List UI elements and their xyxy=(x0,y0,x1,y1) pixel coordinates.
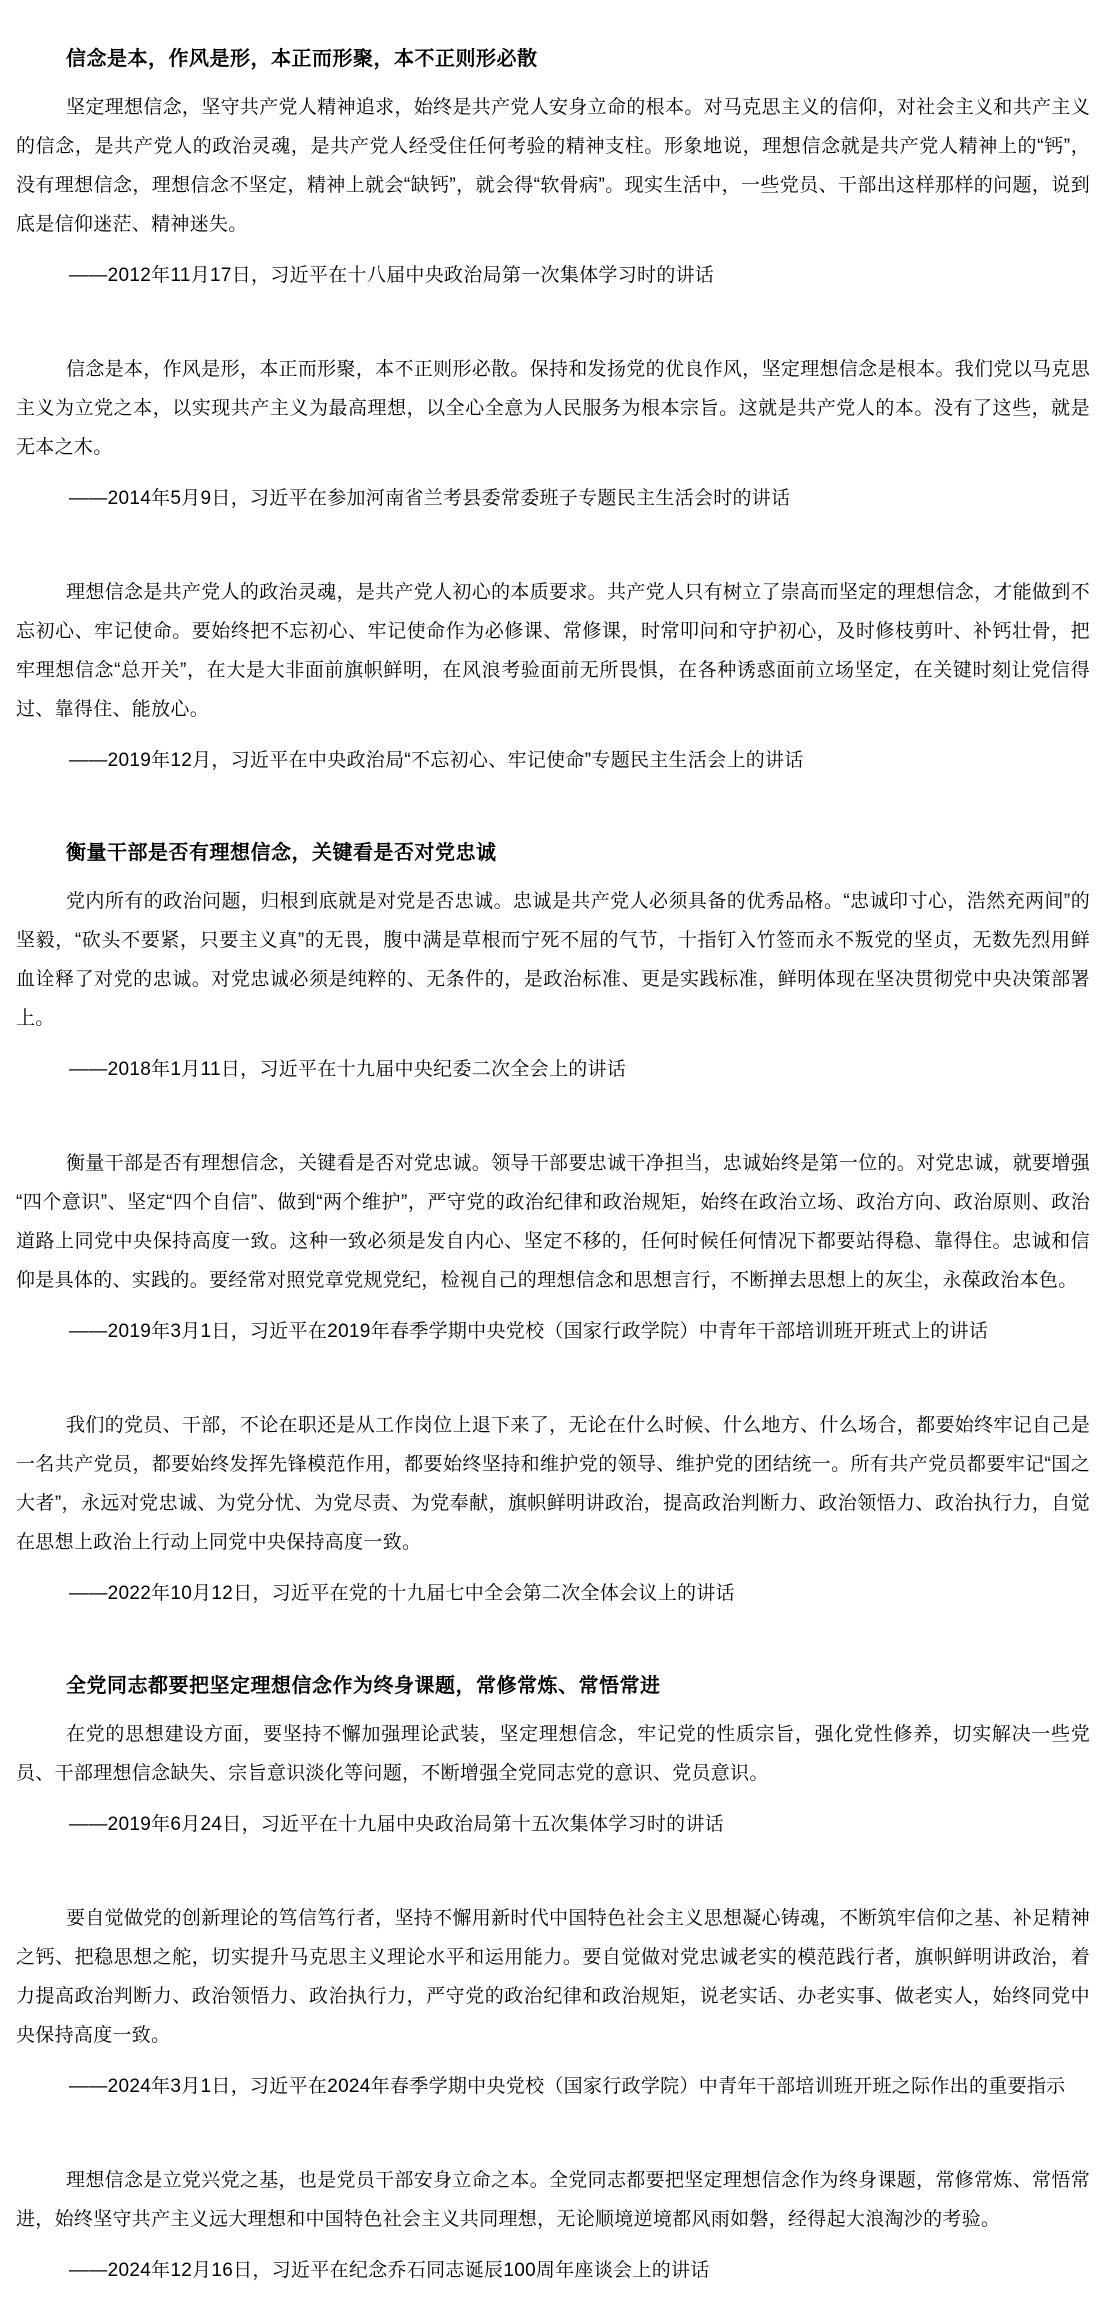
quote-block: 理想信念是立党兴党之基，也是党员干部安身立命之本。全党同志都要把坚定理想信念作为… xyxy=(16,2161,1090,2290)
quote-source: ——2019年3月1日，习近平在2019年春季学期中央党校（国家行政学院）中青年… xyxy=(16,1312,1090,1351)
quote-text: 我们的党员、干部，不论在职还是从工作岗位上退下来了，无论在什么时候、什么地方、什… xyxy=(16,1406,1090,1562)
section-lifelong-task: 全党同志都要把坚定理想信念作为终身课题，常修常炼、常悟常进 在党的思想建设方面，… xyxy=(16,1671,1090,2290)
document-page: 信念是本，作风是形，本正而形聚，本不正则形必散 坚定理想信念，坚守共产党人精神追… xyxy=(0,0,1106,2314)
quote-source: ——2019年12月，习近平在中央政治局“不忘初心、牢记使命”专题民主生活会上的… xyxy=(16,741,1090,780)
quote-source: ——2018年1月11日，习近平在十九届中央纪委二次全会上的讲话 xyxy=(16,1050,1090,1089)
quote-source: ——2014年5月9日，习近平在参加河南省兰考县委常委班子专题民主生活会时的讲话 xyxy=(16,479,1090,518)
quote-text: 理想信念是立党兴党之基，也是党员干部安身立命之本。全党同志都要把坚定理想信念作为… xyxy=(16,2161,1090,2239)
section-heading: 衡量干部是否有理想信念，关键看是否对党忠诚 xyxy=(16,838,1090,868)
quote-text: 衡量干部是否有理想信念，关键看是否对党忠诚。领导干部要忠诚干净担当，忠诚始终是第… xyxy=(16,1144,1090,1300)
section-belief-is-root: 信念是本，作风是形，本正而形聚，本不正则形必散 坚定理想信念，坚守共产党人精神追… xyxy=(16,44,1090,780)
quote-block: 我们的党员、干部，不论在职还是从工作岗位上退下来了，无论在什么时候、什么地方、什… xyxy=(16,1406,1090,1613)
quote-text: 要自觉做党的创新理论的笃信笃行者，坚持不懈用新时代中国特色社会主义思想凝心铸魂，… xyxy=(16,1899,1090,2055)
quote-source: ——2024年12月16日，习近平在纪念乔石同志诞辰100周年座谈会上的讲话 xyxy=(16,2251,1090,2290)
section-loyalty-to-party: 衡量干部是否有理想信念，关键看是否对党忠诚 党内所有的政治问题，归根到底就是对党… xyxy=(16,838,1090,1613)
section-heading: 信念是本，作风是形，本正而形聚，本不正则形必散 xyxy=(16,44,1090,74)
quote-block: 衡量干部是否有理想信念，关键看是否对党忠诚。领导干部要忠诚干净担当，忠诚始终是第… xyxy=(16,1144,1090,1351)
quote-text: 坚定理想信念，坚守共产党人精神追求，始终是共产党人安身立命的根本。对马克思主义的… xyxy=(16,88,1090,244)
quote-block: 党内所有的政治问题，归根到底就是对党是否忠诚。忠诚是共产党人必须具备的优秀品格。… xyxy=(16,882,1090,1089)
quote-source: ——2012年11月17日，习近平在十八届中央政治局第一次集体学习时的讲话 xyxy=(16,256,1090,295)
quote-block: 在党的思想建设方面，要坚持不懈加强理论武装，坚定理想信念，牢记党的性质宗旨，强化… xyxy=(16,1715,1090,1844)
quote-block: 坚定理想信念，坚守共产党人精神追求，始终是共产党人安身立命的根本。对马克思主义的… xyxy=(16,88,1090,295)
quote-text: 党内所有的政治问题，归根到底就是对党是否忠诚。忠诚是共产党人必须具备的优秀品格。… xyxy=(16,882,1090,1038)
quote-source: ——2022年10月12日，习近平在党的十九届七中全会第二次全体会议上的讲话 xyxy=(16,1574,1090,1613)
quote-text: 在党的思想建设方面，要坚持不懈加强理论武装，坚定理想信念，牢记党的性质宗旨，强化… xyxy=(16,1715,1090,1793)
quote-block: 要自觉做党的创新理论的笃信笃行者，坚持不懈用新时代中国特色社会主义思想凝心铸魂，… xyxy=(16,1899,1090,2106)
section-heading: 全党同志都要把坚定理想信念作为终身课题，常修常炼、常悟常进 xyxy=(16,1671,1090,1701)
quote-block: 理想信念是共产党人的政治灵魂，是共产党人初心的本质要求。共产党人只有树立了崇高而… xyxy=(16,573,1090,780)
quote-source: ——2024年3月1日，习近平在2024年春季学期中央党校（国家行政学院）中青年… xyxy=(16,2067,1090,2106)
quote-block: 信念是本，作风是形，本正而形聚，本不正则形必散。保持和发扬党的优良作风，坚定理想… xyxy=(16,350,1090,518)
quote-text: 理想信念是共产党人的政治灵魂，是共产党人初心的本质要求。共产党人只有树立了崇高而… xyxy=(16,573,1090,729)
quote-text: 信念是本，作风是形，本正而形聚，本不正则形必散。保持和发扬党的优良作风，坚定理想… xyxy=(16,350,1090,467)
quote-source: ——2019年6月24日，习近平在十九届中央政治局第十五次集体学习时的讲话 xyxy=(16,1805,1090,1844)
